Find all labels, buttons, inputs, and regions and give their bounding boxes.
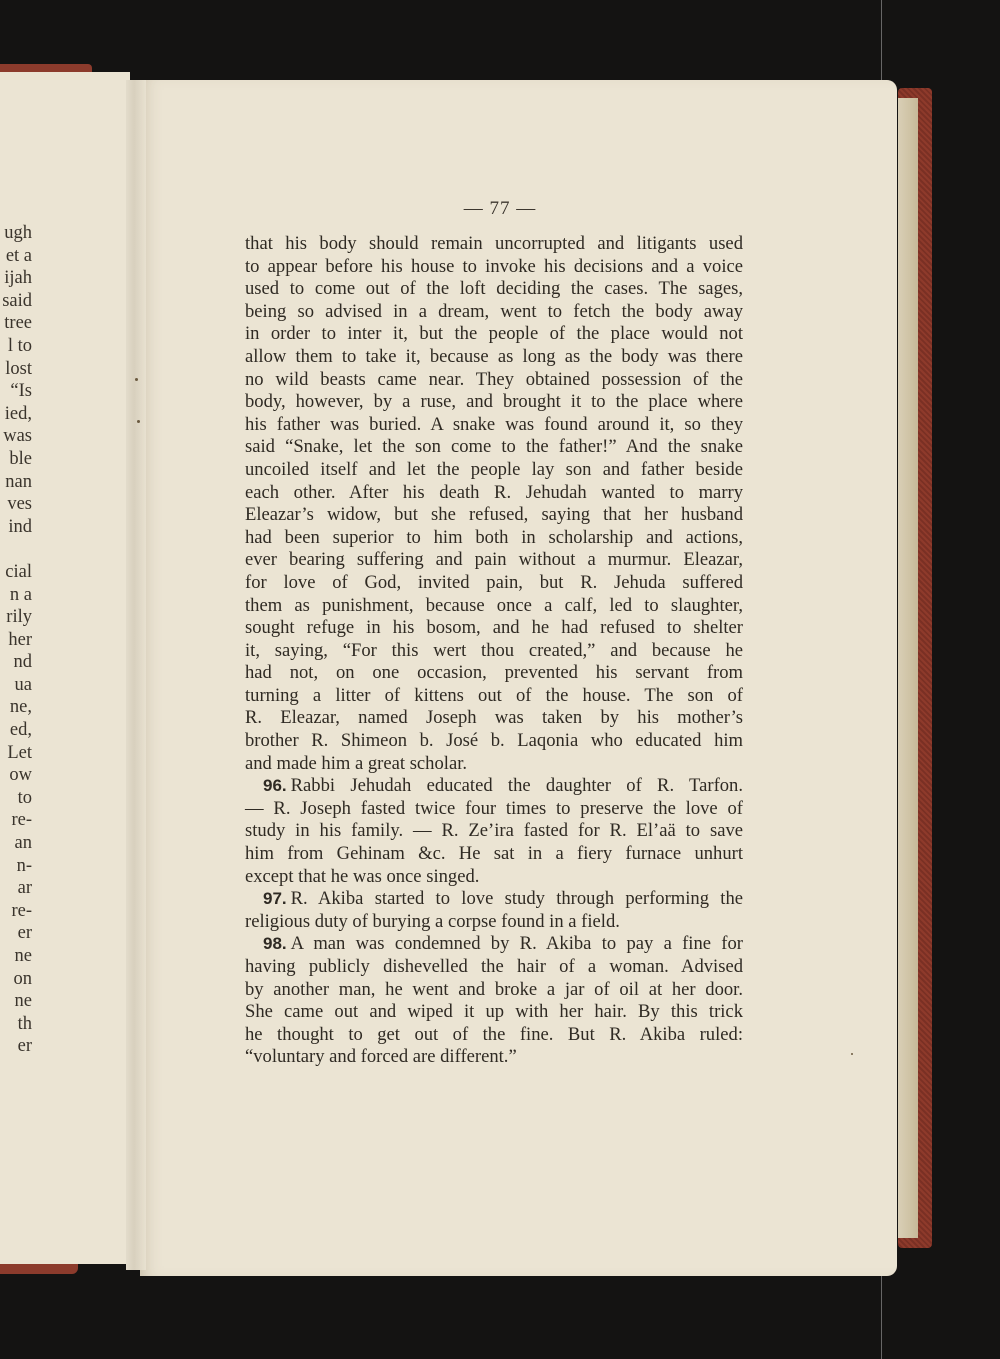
text-line: for love of God, invited pain, but R. Je…	[245, 572, 743, 595]
left-fragment-line: lost	[0, 358, 32, 381]
text-line: him from Gehinam &c. He sat in a fiery f…	[245, 843, 743, 866]
text-line: R. Eleazar, named Joseph was taken by hi…	[245, 707, 743, 730]
left-fragment-line: cial	[0, 561, 32, 584]
text-line: used to come out of the loft deciding th…	[245, 278, 743, 301]
left-fragment-line: l to	[0, 335, 32, 358]
left-fragment-line: an	[0, 832, 32, 855]
text-line: except that he was once singed.	[245, 866, 743, 889]
text-line: being so advised in a dream, went to fet…	[245, 301, 743, 324]
paper-speck	[137, 420, 140, 423]
text-line: ever bearing suffering and pain without …	[245, 549, 743, 572]
left-fragment-line: er	[0, 922, 32, 945]
text-line: 98.A man was condemned by R. Akiba to pa…	[245, 933, 743, 956]
text-line: each other. After his death R. Jehudah w…	[245, 482, 743, 505]
text-line: had not, on one occasion, prevented his …	[245, 662, 743, 685]
left-fragment-line: re-	[0, 809, 32, 832]
left-fragment-line: ar	[0, 877, 32, 900]
left-fragment-line: ne	[0, 990, 32, 1013]
text-line: by another man, he went and broke a jar …	[245, 979, 743, 1002]
page-body-text: that his body should remain uncorrupted …	[245, 233, 743, 1069]
text-line: “voluntary and forced are different.”	[245, 1046, 743, 1069]
left-fragment-line: ble	[0, 448, 32, 471]
text-line: his father was buried. A snake was found…	[245, 414, 743, 437]
left-fragment-line: ua	[0, 674, 32, 697]
left-fragment-line: tree	[0, 312, 32, 335]
left-fragment-line: ow	[0, 764, 32, 787]
text-line: no wild beasts came near. They obtained …	[245, 369, 743, 392]
left-fragment-line: n-	[0, 855, 32, 878]
text-line: Eleazar’s widow, but she refused, saying…	[245, 504, 743, 527]
left-fragment-line: her	[0, 629, 32, 652]
paragraph-number: 97.	[263, 889, 287, 908]
text-line: that his body should remain uncorrupted …	[245, 233, 743, 256]
text-line: 97.R. Akiba started to love study throug…	[245, 888, 743, 911]
text-line: brother R. Shimeon b. José b. Laqonia wh…	[245, 730, 743, 753]
left-fragment-line: ijah	[0, 267, 32, 290]
left-page-fragments: ughet aijahsaidtreel tolost“Isied,wasble…	[0, 222, 32, 1058]
text-line: said “Snake, let the son come to the fat…	[245, 436, 743, 459]
text-line: had been superior to him both in scholar…	[245, 527, 743, 550]
left-fragment-line: was	[0, 425, 32, 448]
paper-speck	[135, 378, 138, 381]
left-fragment-line: ied,	[0, 403, 32, 426]
text-line: them as punishment, because once a calf,…	[245, 595, 743, 618]
left-fragment-line: th	[0, 1013, 32, 1036]
left-fragment-line: ne,	[0, 696, 32, 719]
text-line: — R. Joseph fasted twice four times to p…	[245, 798, 743, 821]
text-line: turning a litter of kittens out of the h…	[245, 685, 743, 708]
text-line: uncoiled itself and let the people lay s…	[245, 459, 743, 482]
paper-speck	[851, 1053, 853, 1055]
text-line: he thought to get out of the fine. But R…	[245, 1024, 743, 1047]
left-fragment-line: said	[0, 290, 32, 313]
left-fragment-line: re-	[0, 900, 32, 923]
left-fragment-line: et a	[0, 245, 32, 268]
text-line: and made him a great scholar.	[245, 753, 743, 776]
left-fragment-line: ed,	[0, 719, 32, 742]
left-fragment-line: ugh	[0, 222, 32, 245]
text-line: body, however, by a ruse, and brought it…	[245, 391, 743, 414]
right-fore-edge	[898, 98, 918, 1238]
left-fragment-line: to	[0, 787, 32, 810]
text-line: She came out and wiped it up with her ha…	[245, 1001, 743, 1024]
text-line: sought refuge in his bosom, and he had r…	[245, 617, 743, 640]
text-line: religious duty of burying a corpse found…	[245, 911, 743, 934]
paragraph-number: 96.	[263, 776, 287, 795]
left-fragment-line: rily	[0, 606, 32, 629]
left-fragment-line: n a	[0, 584, 32, 607]
left-fragment-line: “Is	[0, 380, 32, 403]
left-fragment-line: nd	[0, 651, 32, 674]
text-line: 96.Rabbi Jehudah educated the daughter o…	[245, 775, 743, 798]
left-fragment-line: nan	[0, 471, 32, 494]
left-fragment-line: Let	[0, 742, 32, 765]
left-fragment-line: on	[0, 968, 32, 991]
page-number: — 77 —	[460, 198, 540, 220]
text-line: to appear before his house to invoke his…	[245, 256, 743, 279]
paragraph-number: 98.	[263, 934, 287, 953]
left-fragment-line: ves	[0, 493, 32, 516]
text-line: it, saying, “For this wert thou created,…	[245, 640, 743, 663]
text-line: in order to inter it, but the people of …	[245, 323, 743, 346]
text-line: allow them to take it, because as long a…	[245, 346, 743, 369]
book-gutter	[126, 80, 146, 1270]
left-fragment-line: er	[0, 1035, 32, 1058]
left-fragment-line: ne	[0, 945, 32, 968]
text-line: having publicly dishevelled the hair of …	[245, 956, 743, 979]
text-line: study in his family. — R. Ze’ira fasted …	[245, 820, 743, 843]
left-fragment-line: ind	[0, 516, 32, 539]
